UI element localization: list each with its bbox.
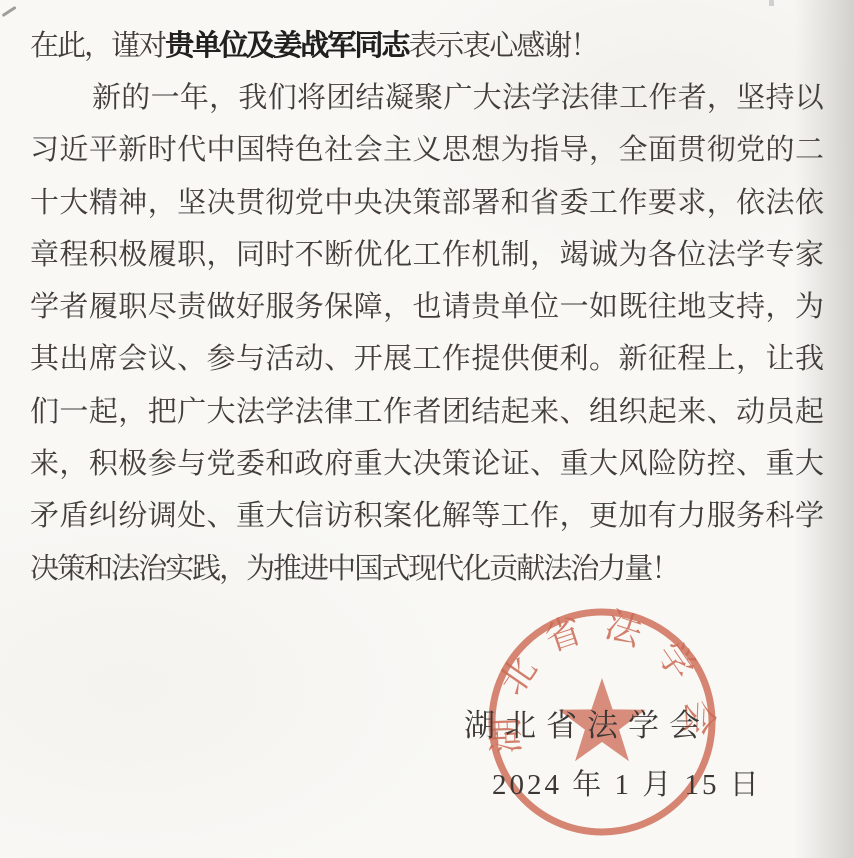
text-line: 其出席会议、参与活动、开展工作提供便利。新征程上，让我 (30, 331, 824, 383)
text-line: 矛盾纠纷调处、重大信访积案化解等工作，更加有力服务科学 (30, 488, 824, 540)
text-line: 习近平新时代中国特色社会主义思想为指导，全面贯彻党的二 (30, 122, 824, 174)
signature-line: 湖北省法学会 (464, 700, 710, 745)
scanned-letter-page: 在此，谨对贵单位及姜战军同志表示衷心感谢！新的一年，我们将团结凝聚广大法学法律工… (0, 0, 854, 858)
text-line: 章程积极履职，同时不断优化工作机制，竭诚为各位法学专家 (30, 226, 824, 278)
text-line: 来，积极参与党委和政府重大决策论证、重大风险防控、重大 (30, 435, 824, 487)
text-line: 新的一年，我们将团结凝聚广大法学法律工作者，坚持以 (30, 69, 824, 121)
document-body: 在此，谨对贵单位及姜战军同志表示衷心感谢！新的一年，我们将团结凝聚广大法学法律工… (30, 17, 824, 592)
text-line: 们一起，把广大法学法律工作者团结起来、组织起来、动员起 (30, 383, 824, 435)
text-line: 十大精神，坚决贯彻党中央决策部署和省委工作要求，依法依 (30, 174, 824, 226)
text-line: 学者履职尽责做好服务保障，也请贵单位一如既往地支持，为 (30, 278, 824, 330)
text-line: 在此，谨对贵单位及姜战军同志表示衷心感谢！ (30, 17, 824, 69)
scan-artifact-topleft (2, 6, 17, 17)
text-line: 决策和法治实践，为推进中国式现代化贡献法治力量！ (30, 540, 824, 592)
date-line: 2024 年 1 月 15 日 (492, 762, 762, 803)
scan-artifact-top (769, 0, 774, 6)
